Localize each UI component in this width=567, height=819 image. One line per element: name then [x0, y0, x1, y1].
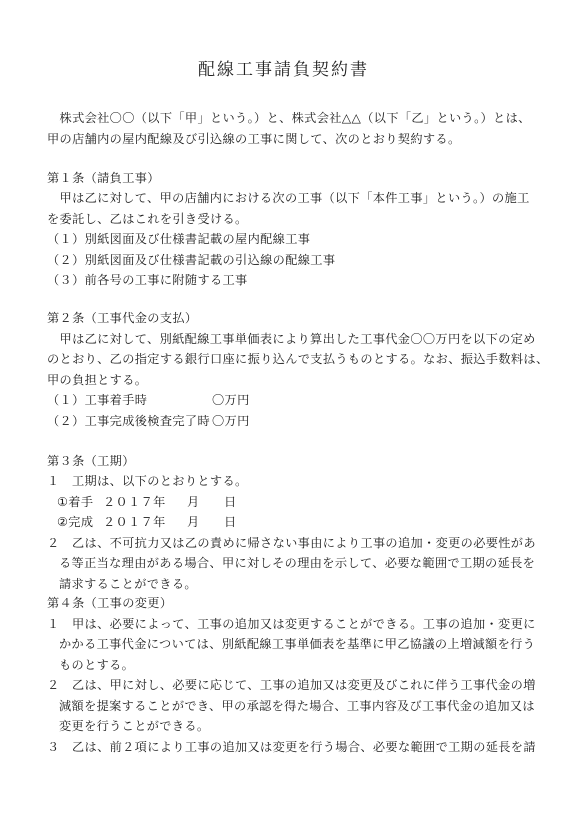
schedule-start-month: 月 [187, 495, 200, 509]
article-4-clause-2-num: ２ [47, 678, 60, 692]
article-1-line-1: 甲は乙に対して、甲の店舗内における次の工事（以下「本件工事」という。）の施工 [47, 191, 530, 205]
article-4-clause-2-line-2: 減額を提案することができ、甲の承認を得た場合、工事内容及び工事代金の追加又は [59, 699, 535, 713]
article-4-clause-1-num: １ [47, 617, 60, 631]
schedule-end-day: 日 [224, 515, 237, 529]
article-2-line-3: 甲の負担とする。 [47, 373, 147, 387]
article-1-item-1: （１）別紙図面及び仕様書記載の屋内配線工事 [47, 232, 310, 246]
article-1-item-3: （３）前各号の工事に附随する工事 [47, 273, 248, 287]
article-4-clause-2-line-1: 乙は、甲に対し、必要に応じて、工事の追加又は変更及びこれに伴う工事代金の増 [72, 678, 536, 692]
schedule-start-year: ２０１７年 [103, 495, 166, 509]
article-4-heading: 第４条（工事の変更） [47, 596, 172, 610]
contract-page: 配線工事請負契約書 株式会社〇〇（以下「甲」という。）と、株式会社△△（以下「乙… [0, 0, 567, 819]
payment-1-amount: 〇万円 [212, 393, 250, 407]
document-title: 配線工事請負契約書 [0, 60, 567, 80]
schedule-end-label: ②完成 [57, 515, 93, 529]
article-3-clause-2-line-3: 請求することができる。 [59, 577, 197, 591]
article-4-clause-3-num: ３ [47, 740, 60, 754]
article-2-line-2: のとおり、乙の指定する銀行口座に振り込んで支払うものとする。なお、振込手数料は、 [47, 352, 549, 366]
article-2-heading: 第２条（工事代金の支払） [47, 311, 197, 325]
article-1-item-2: （２）別紙図面及び仕様書記載の引込線の配線工事 [47, 253, 335, 267]
article-1-heading: 第１条（請負工事） [47, 171, 160, 185]
payment-1-label: （１）工事着手時 [47, 393, 147, 407]
article-3-clause-1-num: １ [47, 474, 60, 488]
schedule-end-month: 月 [187, 515, 200, 529]
article-3-clause-2-line-2: る等正当な理由がある場合、甲に対しその理由を示して、必要な範囲で工期の延長を [59, 556, 535, 570]
article-4-clause-1-line-3: ものとする。 [59, 658, 134, 672]
article-1-line-2: を委託し、乙はこれを引き受ける。 [47, 212, 248, 226]
article-4-clause-1-line-2: かかる工事代金については、別紙配線工事単価表を基準に甲乙協議の上増減額を行う [59, 637, 535, 651]
payment-2-amount: 〇万円 [212, 414, 250, 428]
intro-line-1: 株式会社〇〇（以下「甲」という。）と、株式会社△△（以下「乙」という。）とは、 [47, 111, 531, 125]
article-4-clause-3-line-1: 乙は、前２項により工事の追加又は変更を行う場合、必要な範囲で工期の延長を請 [72, 740, 536, 754]
payment-2-label: （２）工事完成後検査完了時 [47, 414, 210, 428]
schedule-start-day: 日 [224, 495, 237, 509]
article-3-heading: 第３条（工期） [47, 454, 135, 468]
intro-line-2: 甲の店舗内の屋内配線及び引込線の工事に関して、次のとおり契約する。 [47, 132, 461, 146]
article-4-clause-2-line-3: 変更を行うことができる。 [59, 719, 209, 733]
article-2-line-1: 甲は乙に対して、別紙配線工事単価表により算出した工事代金〇〇万円を以下の定め [47, 332, 536, 346]
schedule-start-label: ①着手 [57, 495, 93, 509]
article-3-clause-2-line-1: 乙は、不可抗力又は乙の責めに帰さない事由により工事の追加・変更の必要性があ [72, 536, 536, 550]
article-4-clause-1-line-1: 甲は、必要によって、工事の追加又は変更することができる。工事の追加・変更に [72, 617, 536, 631]
article-3-clause-2-num: ２ [47, 536, 60, 550]
schedule-end-year: ２０１７年 [103, 515, 166, 529]
article-3-clause-1-line-1: 工期は、以下のとおりとする。 [72, 474, 248, 488]
